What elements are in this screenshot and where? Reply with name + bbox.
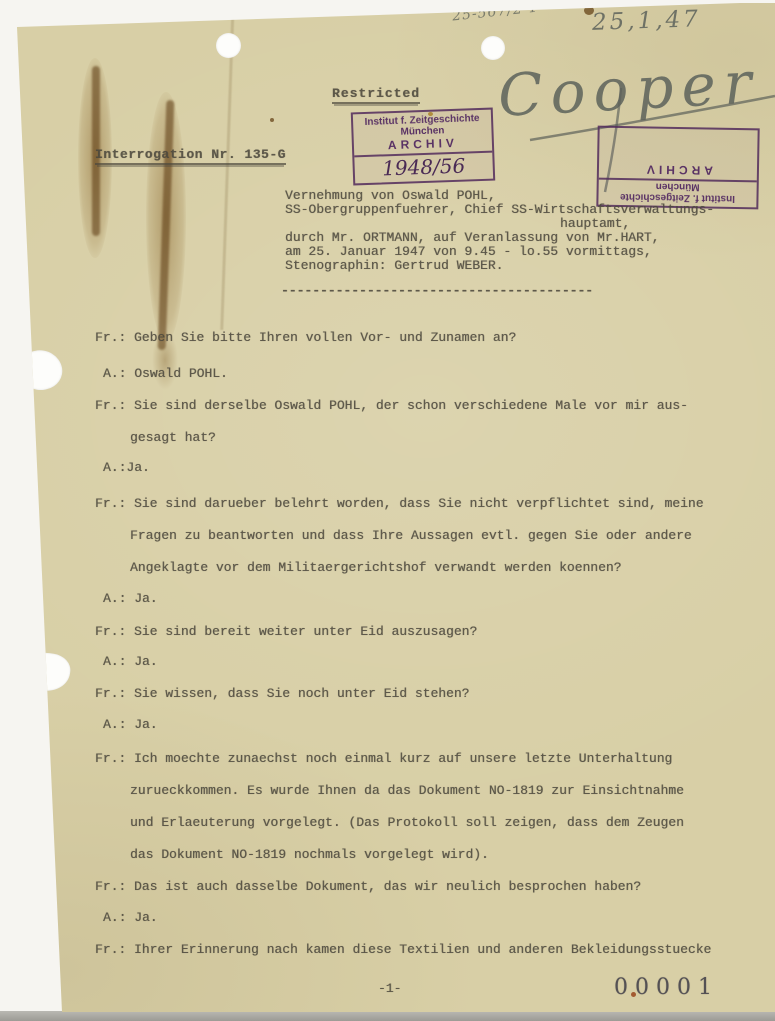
classification-label: Restricted bbox=[332, 86, 420, 104]
torn-punch-hole bbox=[16, 346, 65, 394]
punch-hole bbox=[481, 36, 505, 60]
handwritten-signature: Cooper bbox=[496, 48, 761, 130]
archive-stamp: Institut f. Zeitgeschichte München ARCHI… bbox=[351, 108, 495, 186]
handwritten-file-reference: 25-567/2-1 bbox=[451, 0, 539, 24]
scanned-page: 25-567/2-1 25,1,47 Cooper Restricted Int… bbox=[0, 0, 775, 1021]
qa-question-line: Fr.: Sie sind bereit weiter unter Eid au… bbox=[95, 624, 477, 639]
header-line: hauptamt, bbox=[560, 216, 630, 231]
qa-answer-line: A.:Ja. bbox=[103, 460, 150, 475]
qa-question-line: Fr.: Sie wissen, dass Sie noch unter Eid… bbox=[95, 686, 469, 701]
page-number: -1- bbox=[378, 981, 401, 996]
scanner-bed-strip bbox=[0, 1011, 775, 1021]
qa-question-line: Fr.: Das ist auch dasselbe Dokument, das… bbox=[95, 879, 641, 894]
ink-speck bbox=[270, 118, 274, 122]
header-line: durch Mr. ORTMANN, auf Veranlassung von … bbox=[285, 230, 659, 245]
torn-punch-hole bbox=[22, 650, 73, 694]
qa-question-line: Fr.: Ihrer Erinnerung nach kamen diese T… bbox=[95, 942, 711, 957]
interrogation-number-title: Interrogation Nr. 135-G bbox=[95, 147, 286, 165]
qa-answer-line: A.: Ja. bbox=[103, 654, 158, 669]
archive-stamp-inverted: Institut f. Zeitgeschichte München ARCHI… bbox=[596, 126, 759, 210]
handwritten-date: 25,1,47 bbox=[592, 6, 702, 36]
rust-stain bbox=[146, 92, 186, 342]
header-line: SS-Obergruppenfuehrer, Chief SS-Wirtscha… bbox=[285, 202, 714, 217]
archive-stamp-number-empty bbox=[599, 128, 758, 163]
qa-question-line: Fr.: Ich moechte zunaechst noch einmal k… bbox=[95, 751, 672, 766]
document-paper: 25-567/2-1 25,1,47 Cooper Restricted Int… bbox=[0, 0, 775, 1021]
qa-answer-line: A.: Oswald POHL. bbox=[103, 366, 228, 381]
qa-question-cont: zurueckkommen. Es wurde Ihnen da das Dok… bbox=[130, 783, 684, 798]
rust-stain-core bbox=[158, 100, 175, 350]
qa-answer-line: A.: Ja. bbox=[103, 591, 158, 606]
qa-question-cont: Fragen zu beantworten und dass Ihre Auss… bbox=[130, 528, 692, 543]
qa-question-line: Fr.: Sie sind darueber belehrt worden, d… bbox=[95, 496, 704, 511]
archive-stamp-number: 1948/56 bbox=[354, 153, 493, 184]
qa-question-cont: gesagt hat? bbox=[130, 430, 216, 445]
document-serial-stamp: 00001 bbox=[614, 975, 719, 1000]
header-line: Stenographin: Gertrud WEBER. bbox=[285, 258, 503, 273]
qa-question-line: Fr.: Geben Sie bitte Ihren vollen Vor- u… bbox=[95, 330, 516, 345]
header-separator: ---------------------------------------- bbox=[281, 283, 593, 298]
archive-stamp-archiv: ARCHIV bbox=[599, 160, 757, 183]
punch-hole bbox=[216, 33, 241, 58]
qa-answer-line: A.: Ja. bbox=[103, 910, 158, 925]
qa-question-cont: Angeklagte vor dem Militaergerichtshof v… bbox=[130, 560, 621, 575]
qa-question-cont: das Dokument NO-1819 nochmals vorgelegt … bbox=[130, 847, 489, 862]
qa-answer-line: A.: Ja. bbox=[103, 717, 158, 732]
qa-question-line: Fr.: Sie sind derselbe Oswald POHL, der … bbox=[95, 398, 688, 413]
header-line: am 25. Januar 1947 von 9.45 - lo.55 vorm… bbox=[285, 244, 652, 259]
qa-question-cont: und Erlaeuterung vorgelegt. (Das Protoko… bbox=[130, 815, 684, 830]
header-line: Vernehmung von Oswald POHL, bbox=[285, 188, 496, 203]
